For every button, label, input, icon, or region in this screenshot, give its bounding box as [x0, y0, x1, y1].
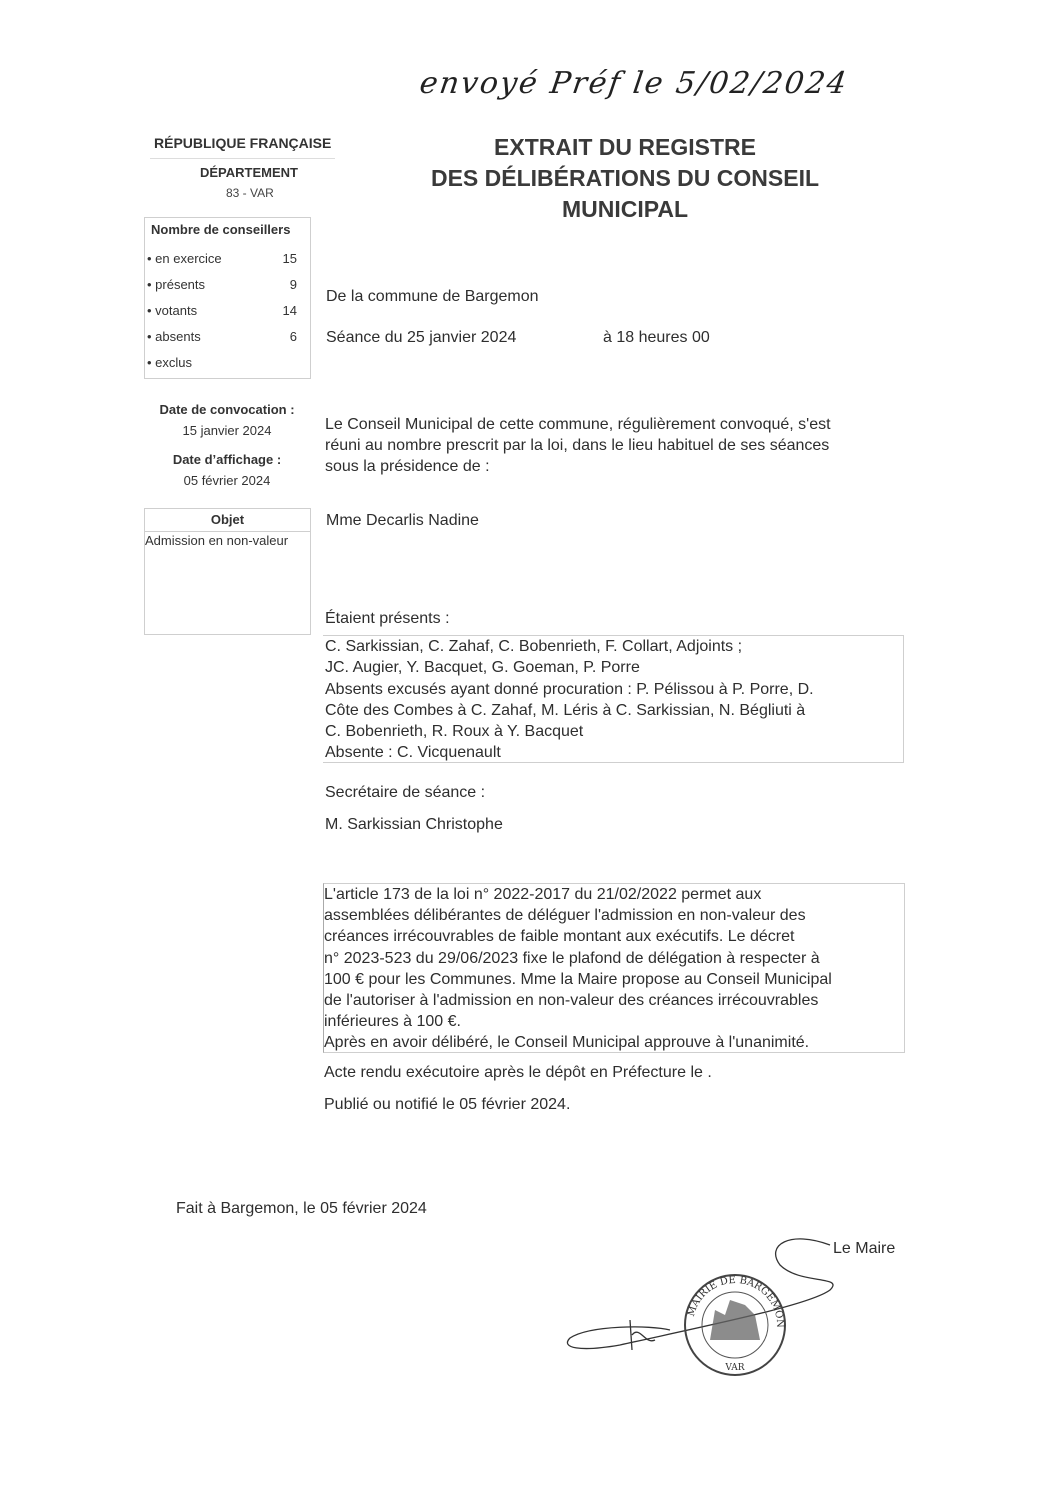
attendance-line: JC. Augier, Y. Bacquet, G. Goeman, P. Po… [325, 657, 814, 678]
intro-line: réuni au nombre prescrit par la loi, dan… [325, 435, 831, 456]
attendance-line: Côte des Combes à C. Zahaf, M. Léris à C… [325, 700, 814, 721]
subject-box: Objet Admission en non-valeur [144, 508, 311, 635]
count-value: 14 [283, 303, 297, 318]
deliberation-box: L'article 173 de la loi n° 2022-2017 du … [323, 883, 905, 1053]
title-line: EXTRAIT DU REGISTRE [395, 132, 855, 163]
executory-statement: Acte rendu exécutoire après le dépôt en … [324, 1064, 712, 1082]
subject-heading: Objet [145, 509, 310, 532]
session-date: Séance du 25 janvier 2024 [326, 329, 516, 347]
department-value: 83 - VAR [226, 186, 274, 200]
intro-line: sous la présidence de : [325, 456, 831, 477]
republic-label: RÉPUBLIQUE FRANÇAISE [154, 135, 331, 151]
count-value: 6 [290, 329, 297, 344]
title-line: MUNICIPAL [395, 194, 855, 225]
deliberation-line: de l'autoriser à l'admission en non-vale… [324, 990, 832, 1011]
subject-value: Admission en non-valeur [145, 533, 288, 548]
posting-date-value: 05 février 2024 [137, 473, 317, 488]
publication-statement: Publié ou notifié le 05 février 2024. [324, 1096, 570, 1114]
deliberation-line: inférieures à 100 €. [324, 1011, 832, 1032]
deliberation-line: Après en avoir délibéré, le Conseil Muni… [324, 1032, 832, 1053]
seal-bottom-text: VAR [724, 1363, 744, 1373]
place-date: Fait à Bargemon, le 05 février 2024 [176, 1200, 427, 1218]
posting-date-label: Date d’affichage : [137, 452, 317, 467]
attendance-line: C. Bobenrieth, R. Roux à Y. Bacquet [325, 721, 814, 742]
attendance-line: Absents excusés ayant donné procuration … [325, 679, 814, 700]
count-value: 9 [290, 277, 297, 292]
convocation-date-label: Date de convocation : [137, 402, 317, 417]
signature-icon: MAIRIE DE BARGEMON VAR [560, 1230, 880, 1380]
count-label: • en exercice [147, 251, 222, 266]
secretary-label: Secrétaire de séance : [325, 784, 485, 802]
deliberation-line: L'article 173 de la loi n° 2022-2017 du … [324, 884, 832, 905]
count-value: 15 [283, 251, 297, 266]
secretary-name: M. Sarkissian Christophe [325, 816, 503, 834]
commune-line: De la commune de Bargemon [326, 288, 539, 306]
attendance-box: C. Sarkissian, C. Zahaf, C. Bobenrieth, … [323, 635, 904, 763]
intro-paragraph: Le Conseil Municipal de cette commune, r… [325, 414, 831, 477]
count-label: • présents [147, 277, 205, 292]
convocation-date-value: 15 janvier 2024 [137, 423, 317, 438]
councillor-count-heading: Nombre de conseillers [151, 222, 290, 237]
count-label: • votants [147, 303, 197, 318]
attendance-line: C. Sarkissian, C. Zahaf, C. Bobenrieth, … [325, 636, 814, 657]
intro-line: Le Conseil Municipal de cette commune, r… [325, 414, 831, 435]
deliberation-line: créances irrécouvrables de faible montan… [324, 926, 832, 947]
title-line: DES DÉLIBÉRATIONS DU CONSEIL [395, 163, 855, 194]
president-name: Mme Decarlis Nadine [326, 512, 479, 530]
count-label: • absents [147, 329, 201, 344]
attendance-line: Absente : C. Vicquenault [325, 742, 814, 763]
document-title: EXTRAIT DU REGISTRE DES DÉLIBÉRATIONS DU… [395, 132, 855, 225]
mayor-signature-and-seal: MAIRIE DE BARGEMON VAR [560, 1230, 880, 1380]
count-label: • exclus [147, 355, 192, 370]
deliberation-line: assemblées délibérantes de déléguer l'ad… [324, 905, 832, 926]
deliberation-line: 100 € pour les Communes. Mme la Maire pr… [324, 969, 832, 990]
presents-label: Étaient présents : [325, 610, 450, 628]
session-time: à 18 heures 00 [603, 329, 710, 347]
divider [150, 158, 335, 159]
handwritten-annotation: envoyé Préf le 5/02/2024 [418, 66, 851, 101]
deliberation-line: n° 2023-523 du 29/06/2023 fixe le plafon… [324, 948, 832, 969]
councillor-count-box: Nombre de conseillers • en exercice 15 •… [144, 217, 311, 379]
department-label: DÉPARTEMENT [200, 165, 298, 180]
